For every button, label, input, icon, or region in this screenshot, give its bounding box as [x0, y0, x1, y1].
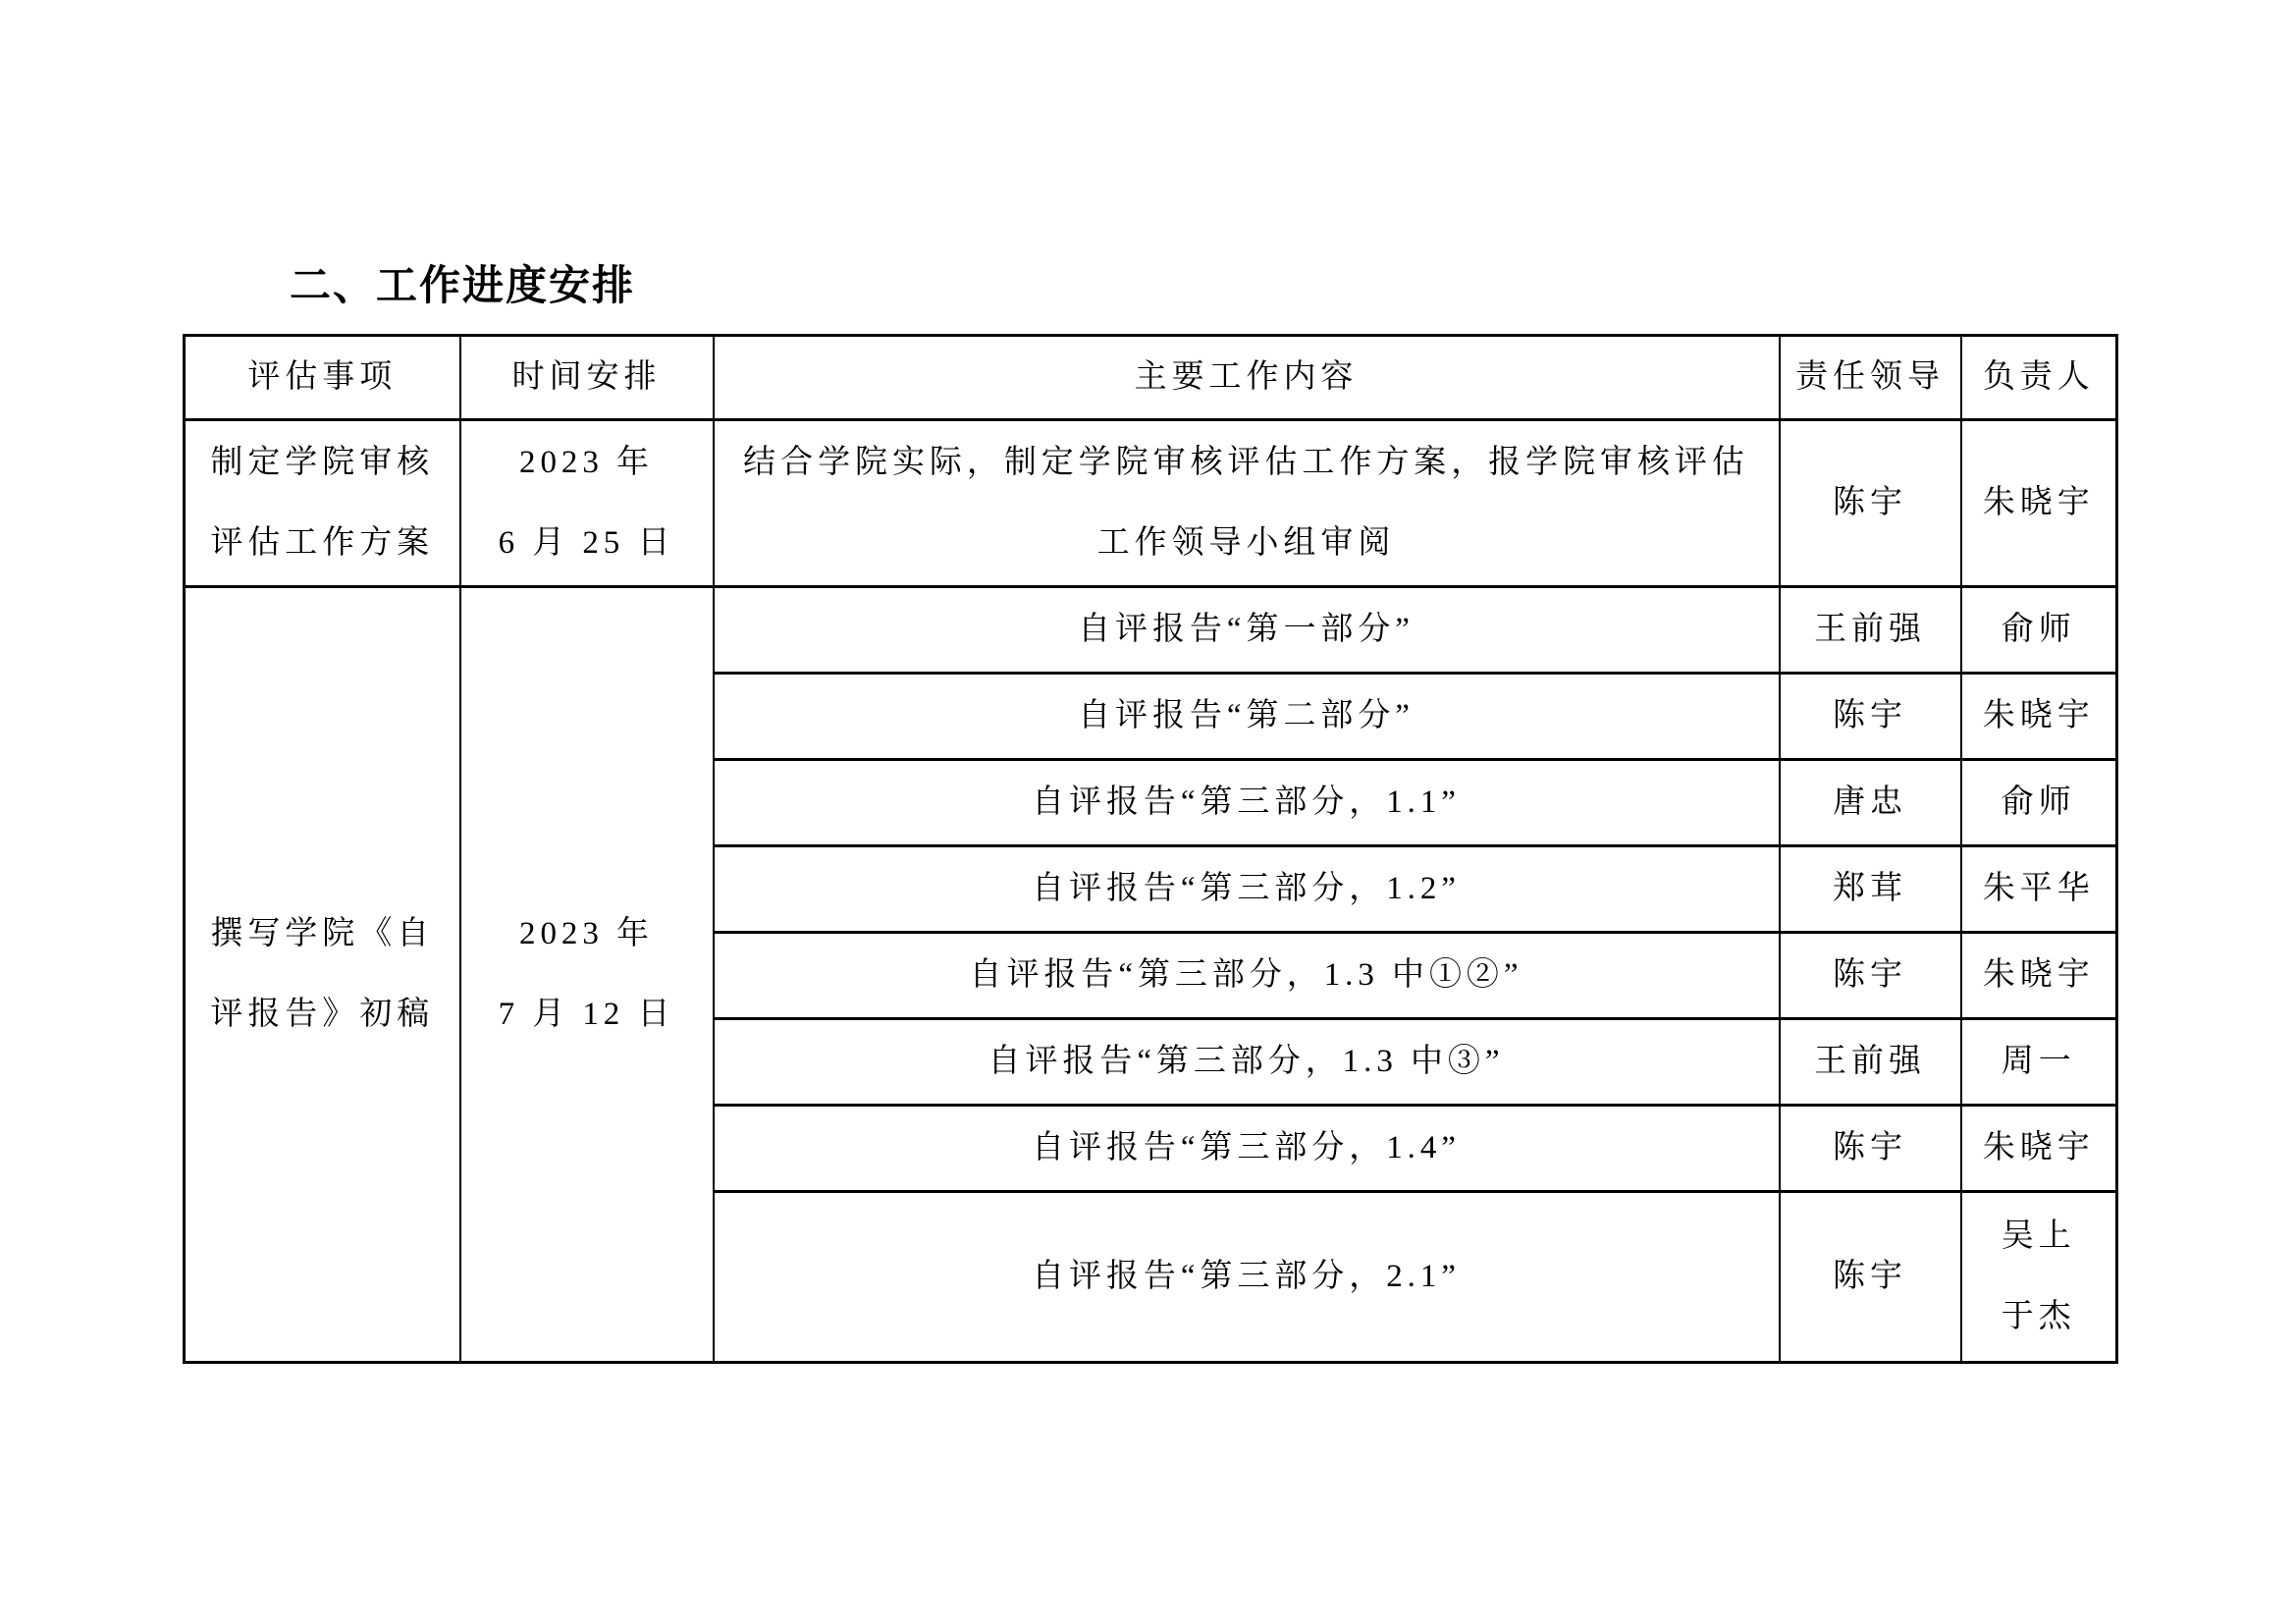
cell-responsible-leader: 陈宇 [1780, 673, 1961, 759]
cell-work-content: 自评报告“第三部分，2.1” [714, 1191, 1780, 1362]
owner-line: 于杰 [1972, 1276, 2107, 1358]
cell-responsible-leader: 陈宇 [1780, 932, 1961, 1018]
cell-work-content: 结合学院实际，制定学院审核评估工作方案，报学院审核评估 工作领导小组审阅 [714, 419, 1780, 586]
cell-person-in-charge: 朱晓宇 [1961, 419, 2117, 586]
owner-line: 吴上 [1972, 1196, 2107, 1277]
cell-person-in-charge: 朱晓宇 [1961, 673, 2117, 759]
section-heading: 二、工作进度安排 [290, 253, 635, 312]
cell-responsible-leader: 王前强 [1780, 586, 1961, 673]
time-line: 7 月 12 日 [471, 974, 703, 1056]
cell-responsible-leader: 陈宇 [1780, 419, 1961, 586]
work-schedule-table: 评估事项 时间安排 主要工作内容 责任领导 负责人 制定学院审核 评估工作方案 … [183, 334, 2118, 1364]
item-line: 制定学院审核 [195, 422, 450, 504]
cell-person-in-charge: 吴上 于杰 [1961, 1191, 2117, 1362]
header-assessment-item: 评估事项 [185, 336, 460, 420]
cell-person-in-charge: 周一 [1961, 1018, 2117, 1105]
time-line: 6 月 25 日 [471, 503, 703, 584]
table-row: 撰写学院《自 评报告》初稿 2023 年 7 月 12 日 自评报告“第一部分”… [185, 586, 2117, 673]
cell-time-schedule: 2023 年 7 月 12 日 [460, 586, 714, 1362]
time-line: 2023 年 [471, 893, 703, 975]
cell-responsible-leader: 陈宇 [1780, 1105, 1961, 1191]
item-line: 评报告》初稿 [195, 974, 450, 1056]
cell-work-content: 自评报告“第三部分，1.3 中①②” [714, 932, 1780, 1018]
cell-responsible-leader: 王前强 [1780, 1018, 1961, 1105]
document-page: 二、工作进度安排 评估事项 时间安排 主要工作内容 责任领导 负责人 制定学院审… [0, 0, 2296, 1624]
header-main-work-content: 主要工作内容 [714, 336, 1780, 420]
time-line: 2023 年 [471, 422, 703, 504]
cell-person-in-charge: 朱晓宇 [1961, 932, 2117, 1018]
cell-person-in-charge: 朱晓宇 [1961, 1105, 2117, 1191]
content-line: 结合学院实际，制定学院审核评估工作方案，报学院审核评估 [724, 422, 1769, 504]
item-line: 撰写学院《自 [195, 893, 450, 975]
content-line: 工作领导小组审阅 [724, 503, 1769, 584]
table-header-row: 评估事项 时间安排 主要工作内容 责任领导 负责人 [185, 336, 2117, 420]
cell-responsible-leader: 郑茸 [1780, 845, 1961, 932]
cell-work-content: 自评报告“第三部分，1.4” [714, 1105, 1780, 1191]
cell-assessment-item: 撰写学院《自 评报告》初稿 [185, 586, 460, 1362]
cell-work-content: 自评报告“第三部分，1.3 中③” [714, 1018, 1780, 1105]
cell-work-content: 自评报告“第三部分，1.2” [714, 845, 1780, 932]
cell-time-schedule: 2023 年 6 月 25 日 [460, 419, 714, 586]
cell-responsible-leader: 唐忠 [1780, 759, 1961, 845]
cell-person-in-charge: 俞师 [1961, 586, 2117, 673]
cell-assessment-item: 制定学院审核 评估工作方案 [185, 419, 460, 586]
cell-person-in-charge: 俞师 [1961, 759, 2117, 845]
cell-responsible-leader: 陈宇 [1780, 1191, 1961, 1362]
cell-work-content: 自评报告“第一部分” [714, 586, 1780, 673]
header-person-in-charge: 负责人 [1961, 336, 2117, 420]
cell-work-content: 自评报告“第三部分，1.1” [714, 759, 1780, 845]
cell-work-content: 自评报告“第二部分” [714, 673, 1780, 759]
table-row: 制定学院审核 评估工作方案 2023 年 6 月 25 日 结合学院实际，制定学… [185, 419, 2117, 586]
header-time-schedule: 时间安排 [460, 336, 714, 420]
header-responsible-leader: 责任领导 [1780, 336, 1961, 420]
item-line: 评估工作方案 [195, 503, 450, 584]
cell-person-in-charge: 朱平华 [1961, 845, 2117, 932]
